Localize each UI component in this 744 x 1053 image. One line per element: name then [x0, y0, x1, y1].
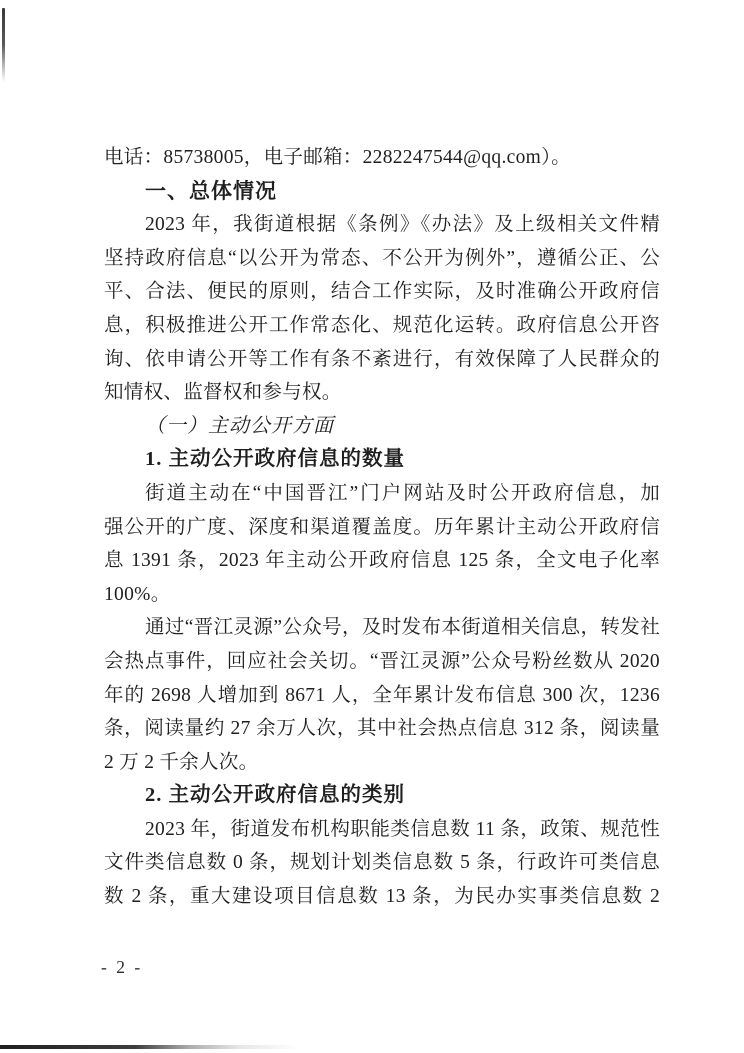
- text-line: 平、合法、便民的原则，结合工作实际，及时准确公开政府信: [104, 275, 660, 309]
- heading-line: （一）主动公开方面: [104, 410, 660, 444]
- text-line: 坚持政府信息“以公开为常态、不公开为例外”，遵循公正、公: [104, 242, 660, 276]
- heading-line: 1. 主动公开政府信息的数量: [104, 443, 660, 477]
- text-line: 息 1391 条，2023 年主动公开政府信息 125 条，全文电子化率: [104, 544, 660, 578]
- text-line: 询、依申请公开等工作有条不紊进行，有效保障了人民群众的: [104, 343, 660, 377]
- text-line: 会热点事件，回应社会关切。“晋江灵源”公众号粉丝数从 2020: [104, 645, 660, 679]
- text-line: 年的 2698 人增加到 8671 人，全年累计发布信息 300 次，1236: [104, 679, 660, 713]
- text-line: 2023 年，我街道根据《条例》《办法》及上级相关文件精神，: [104, 208, 660, 242]
- text-line: 知情权、监督权和参与权。: [104, 376, 660, 410]
- text-line: 数 2 条，重大建设项目信息数 13 条，为民办实事类信息数 2 条，: [104, 880, 660, 914]
- text-line: 通过“晋江灵源”公众号，及时发布本街道相关信息，转发社: [104, 611, 660, 645]
- text-line: 强公开的广度、深度和渠道覆盖度。历年累计主动公开政府信: [104, 511, 660, 545]
- text-line: 街道主动在“中国晋江”门户网站及时公开政府信息，加: [104, 477, 660, 511]
- text-line: 条，阅读量约 27 余万人次，其中社会热点信息 312 条，阅读量: [104, 712, 660, 746]
- scan-artifact-left-edge: [2, 8, 5, 82]
- text-line: 息，积极推进公开工作常态化、规范化运转。政府信息公开咨: [104, 309, 660, 343]
- document-page: 电话：85738005，电子邮箱：2282247544@qq.com）。一、总体…: [0, 0, 744, 1053]
- text-line: 电话：85738005，电子邮箱：2282247544@qq.com）。: [104, 141, 660, 175]
- page-number: - 2 -: [101, 957, 143, 978]
- text-line: 100%。: [104, 578, 660, 612]
- scan-artifact-bottom-edge: [0, 1045, 300, 1049]
- heading-line: 2. 主动公开政府信息的类别: [104, 779, 660, 813]
- text-line: 2023 年，街道发布机构职能类信息数 11 条，政策、规范性: [104, 813, 660, 847]
- document-content: 电话：85738005，电子邮箱：2282247544@qq.com）。一、总体…: [104, 141, 660, 914]
- text-line: 2 万 2 千余人次。: [104, 746, 660, 780]
- heading-line: 一、总体情况: [104, 175, 660, 209]
- text-line: 文件类信息数 0 条，规划计划类信息数 5 条，行政许可类信息: [104, 846, 660, 880]
